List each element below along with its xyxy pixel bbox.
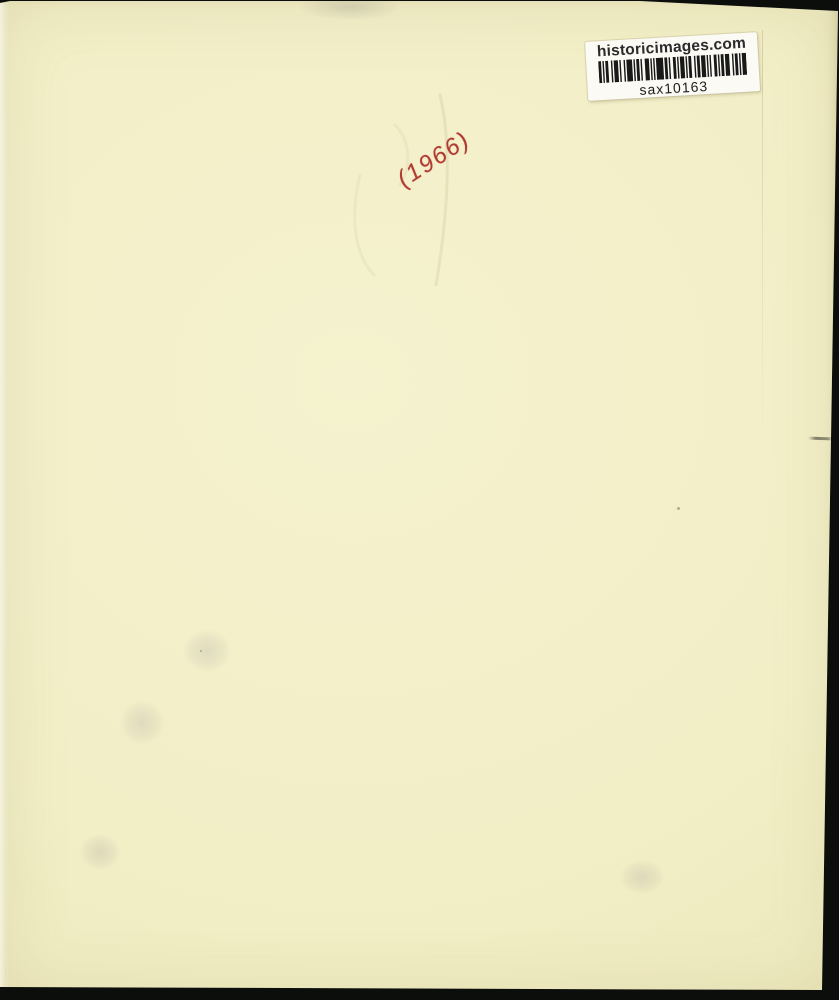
barcode-bar (688, 55, 692, 77)
barcode-bar (685, 56, 688, 78)
barcode-bar (742, 52, 747, 74)
stain-smudge (120, 701, 164, 745)
barcode-bar (706, 54, 709, 76)
stain-smudge (183, 630, 231, 672)
barcode-bar (735, 53, 739, 75)
barcode-bar (668, 57, 671, 79)
barcode-bar (656, 57, 664, 79)
inventory-sticker: historicimages.com sax10163 (585, 32, 760, 101)
barcode-bar (623, 59, 626, 81)
barcode-bar (721, 54, 725, 76)
barcode-bar (709, 54, 712, 76)
barcode-bar (626, 59, 633, 81)
barcode-bar (598, 61, 602, 83)
barcode-bar (640, 58, 643, 80)
barcode-bar (605, 60, 609, 82)
barcode-bar (645, 58, 650, 80)
barcode-bar (718, 54, 721, 76)
barcode-bar (725, 53, 730, 75)
barcode-bar (602, 60, 605, 82)
barcode-bar (619, 59, 622, 81)
barcode-bar (677, 56, 680, 78)
sticker-code-label: sax10163 (639, 78, 709, 98)
paper-crease (762, 30, 763, 460)
ink-speck (200, 650, 202, 652)
barcode-bar (680, 56, 685, 78)
scan-area: (1966) historicimages.com sax10163 (0, 0, 839, 1000)
scratch-mark (808, 437, 834, 441)
ink-speck (677, 507, 680, 510)
barcode-bar (611, 60, 614, 82)
barcode-bar (653, 58, 656, 80)
ghost-impression-svg (340, 85, 490, 305)
barcode-bar (713, 54, 717, 76)
barcode-bar (694, 55, 697, 77)
barcode-bar (664, 57, 668, 79)
barcode-bar (673, 56, 677, 78)
barcode-bar (732, 53, 735, 75)
photo-back-paper: (1966) historicimages.com sax10163 (0, 0, 839, 1000)
barcode-bar (701, 55, 706, 77)
barcode-bar (633, 59, 636, 81)
paper-left-edge (0, 0, 8, 1000)
ghost-stroke (355, 175, 374, 275)
stain-smudge (298, 0, 402, 20)
stain-smudge (80, 834, 120, 870)
ghost-stroke (436, 95, 447, 285)
barcode-bar (614, 60, 619, 82)
barcode-bar (650, 58, 653, 80)
barcode-bar (739, 53, 742, 75)
barcode-bar (697, 55, 701, 77)
barcode-bar (636, 58, 640, 80)
stain-smudge (620, 860, 664, 894)
